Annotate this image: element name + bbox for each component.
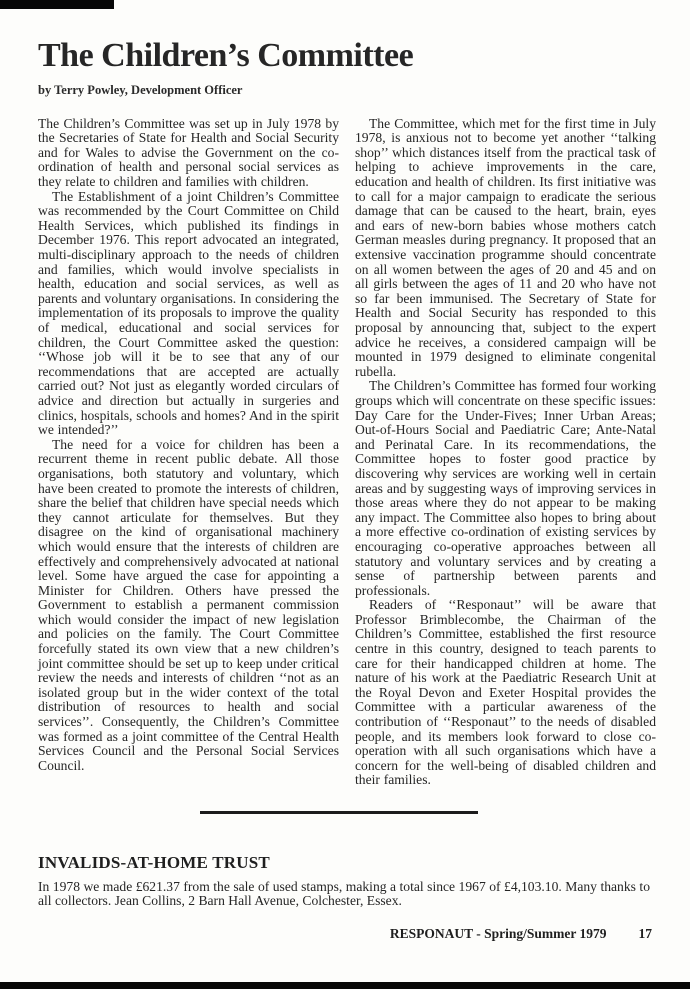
page-number: 17: [639, 926, 653, 941]
byline: by Terry Powley, Development Officer: [38, 83, 652, 98]
scan-artifact-top-bar: [0, 0, 114, 9]
invalids-at-home-trust-section: INVALIDS-AT-HOME TRUST In 1978 we made £…: [0, 814, 690, 910]
section-heading: INVALIDS-AT-HOME TRUST: [38, 853, 650, 873]
section-body: In 1978 we made £621.37 from the sale of…: [38, 880, 650, 910]
journal-title: RESPONAUT - Spring/Summer 1979: [390, 926, 607, 941]
section-divider: [200, 811, 478, 814]
paragraph: The Children’s Committee has formed four…: [355, 379, 656, 598]
page-footer: RESPONAUT - Spring/Summer 197917: [0, 926, 690, 942]
article-column-1: The Children’s Committee was set up in J…: [38, 117, 339, 811]
paragraph: The Children’s Committee was set up in J…: [38, 117, 339, 190]
scan-artifact-bottom-bar: [0, 982, 690, 989]
paragraph: The Establishment of a joint Children’s …: [38, 190, 339, 438]
paragraph: Readers of ‘‘Responaut’’ will be aware t…: [355, 598, 656, 788]
paragraph: The need for a voice for children has be…: [38, 438, 339, 774]
magazine-page: The Children’s Committee by Terry Powley…: [0, 0, 690, 989]
page-title: The Children’s Committee: [38, 38, 652, 74]
paragraph: The Committee, which met for the first t…: [355, 117, 656, 380]
article-body: The Children’s Committee was set up in J…: [0, 98, 690, 811]
article-column-2: The Committee, which met for the first t…: [355, 117, 656, 811]
article-header: The Children’s Committee by Terry Powley…: [0, 0, 690, 98]
